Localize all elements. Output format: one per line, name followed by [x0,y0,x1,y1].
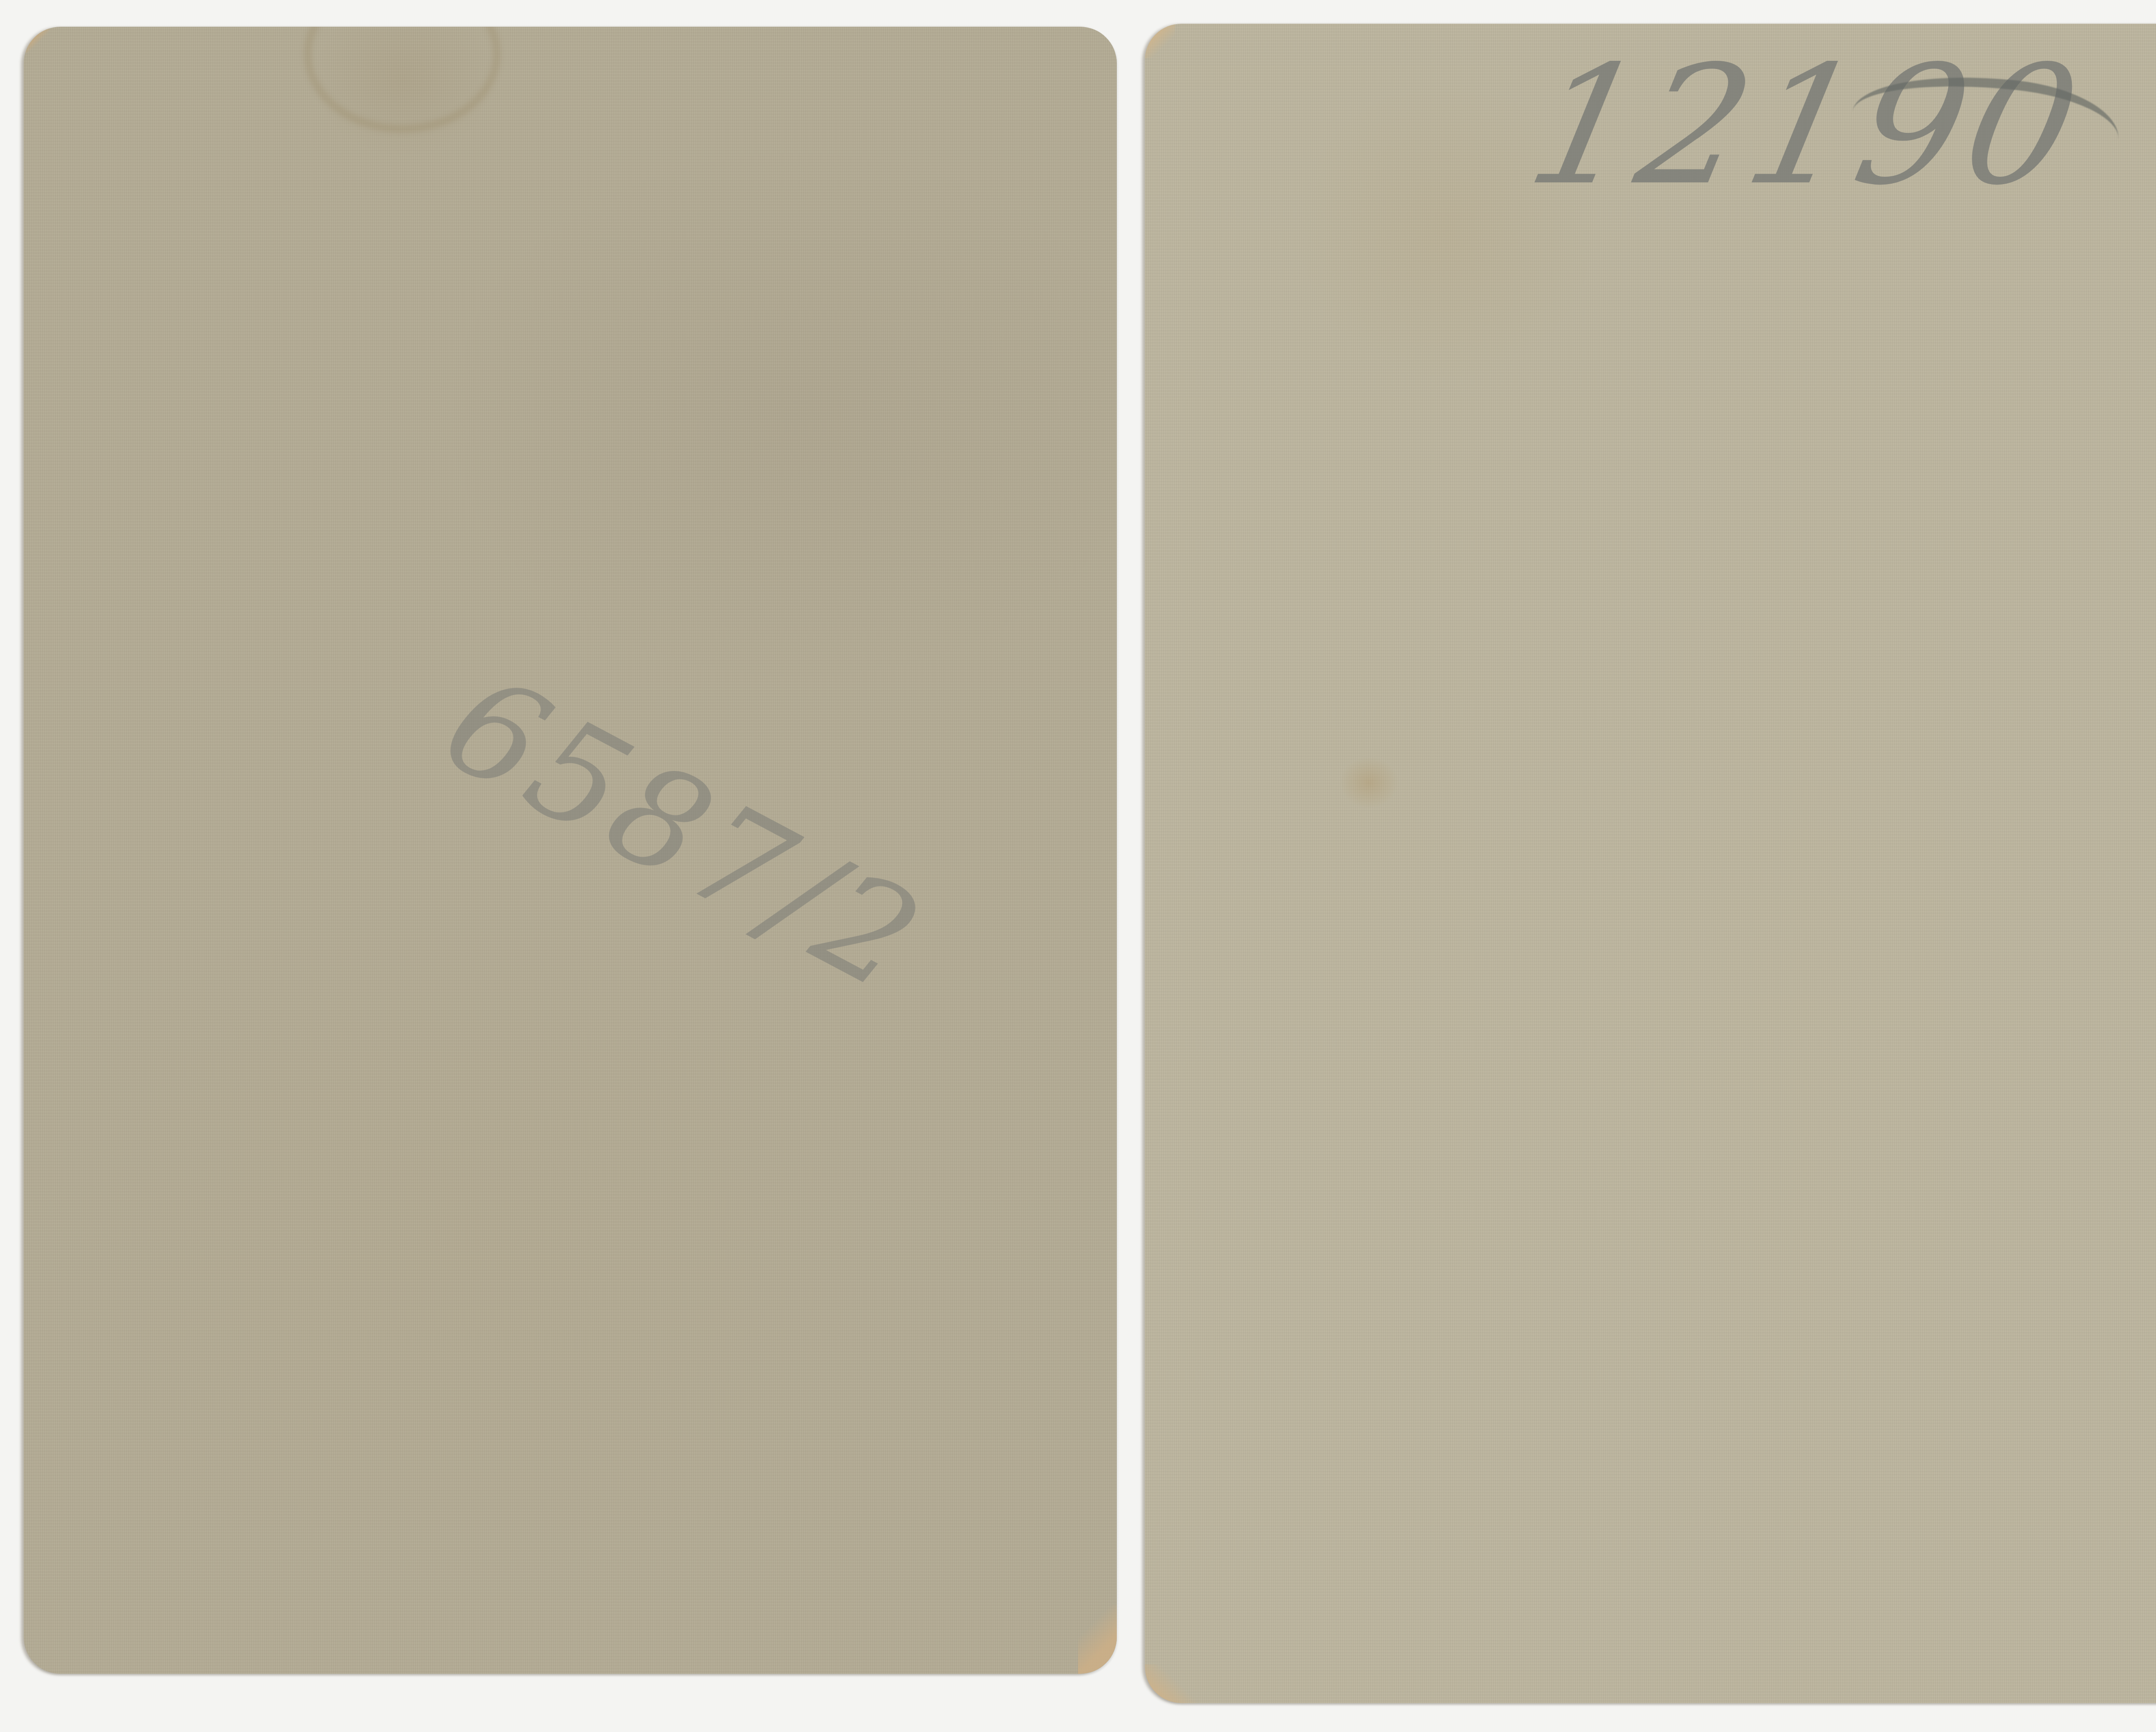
worn-corner-top-left [1145,24,1175,58]
worn-corner-bottom-right [1078,1605,1117,1674]
water-stain [304,27,501,133]
worn-corner-bottom-left [1145,1664,1197,1703]
worn-corner-top-left [24,27,50,53]
right-card-back [1145,24,2156,1703]
